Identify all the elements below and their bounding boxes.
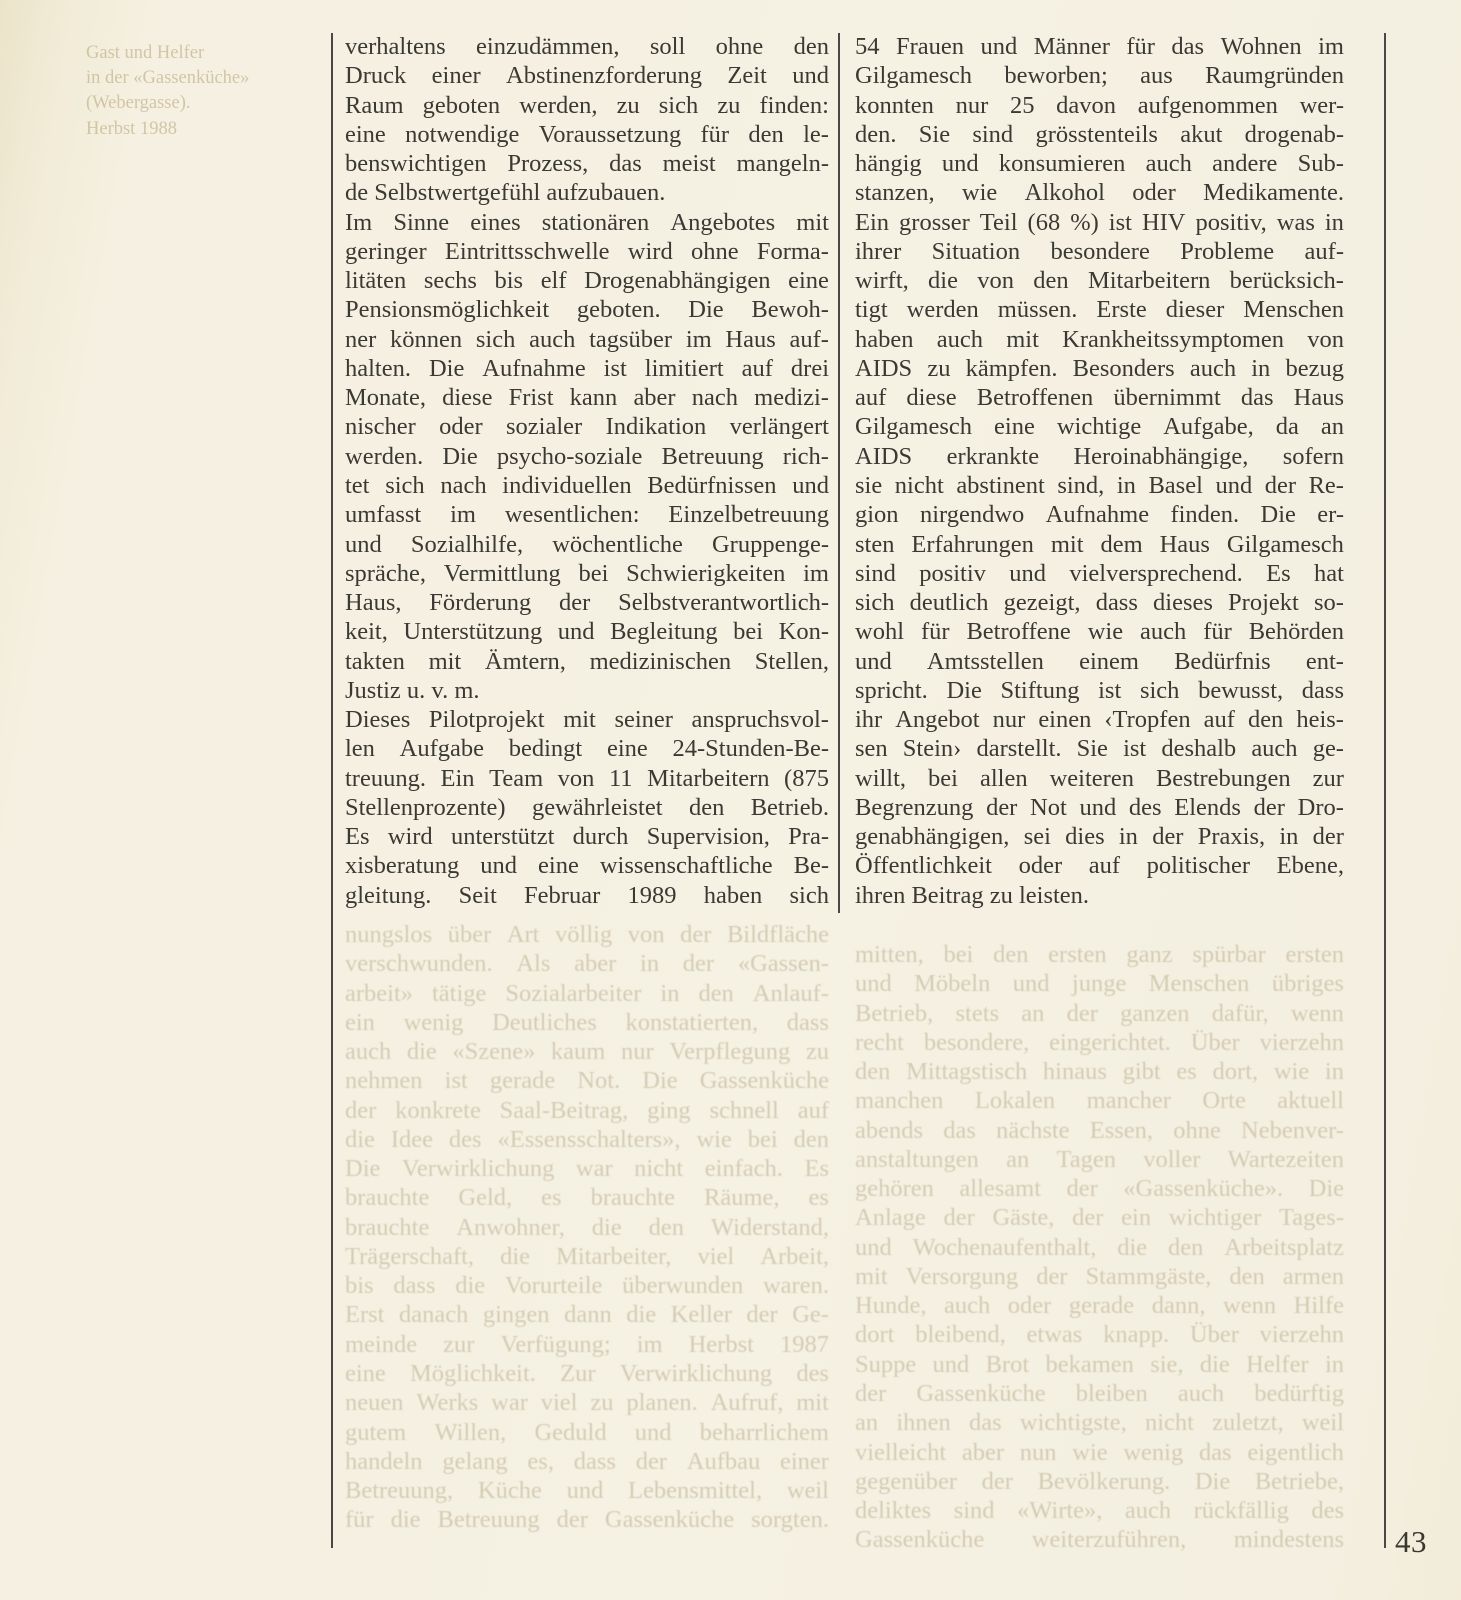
text-line: einenotwendigeVoraussetzungfürdenle- <box>345 120 829 149</box>
text-line: tigtwerdenmüssen.ErstedieserMenschen <box>855 295 1344 324</box>
text-line: bisdassdieVorurteileüberwundenwaren. <box>345 1271 829 1300</box>
margin-photo-caption-bleedthrough: Gast und Helferin der «Gassenküche»(Webe… <box>86 41 316 142</box>
text-line: habenauchmitKrankheitssymptomenvon <box>855 325 1344 354</box>
text-line: nehmenistgeradeNot.DieGassenküche <box>345 1066 829 1095</box>
text-line: spricht.DieStiftungistsichbewusst,dass <box>855 676 1344 705</box>
text-line: anihnendaswichtigste,nichtzuletzt,weil <box>855 1408 1344 1437</box>
text-line: umfasstimwesentlichen:Einzelbetreuung <box>345 500 829 529</box>
text-line: gionnirgendwoAufnahmefinden.Dieer- <box>855 500 1344 529</box>
text-line: (Webergasse). <box>86 91 316 116</box>
scanned-book-page: Gast und Helferin der «Gassenküche»(Webe… <box>0 0 1461 1600</box>
text-line: BegrenzungderNotunddesElendsderDro- <box>855 793 1344 822</box>
text-line: GilgamescheinewichtigeAufgabe,daan <box>855 412 1344 441</box>
text-line: manchenLokalenmancherOrteaktuell <box>855 1086 1344 1115</box>
text-line: Raumgebotenwerden,zusichzufinden: <box>345 91 829 120</box>
text-column-right: 54FrauenundMännerfürdasWohnenimGilgamesc… <box>855 32 1344 910</box>
column-frame-rule-left <box>331 33 333 1548</box>
text-line: in der «Gassenküche» <box>86 66 316 91</box>
text-line: xisberatungundeinewissenschaftlicheBe- <box>345 851 829 880</box>
text-line: vielleichtabernunwiewenigdaseigentlich <box>855 1438 1344 1467</box>
text-line: arbeit»tätigeSozialarbeiterindenAnlauf- <box>345 979 829 1008</box>
text-line: Betrieb,stetsanderganzendafür,wenn <box>855 999 1344 1028</box>
text-line: dortbleibend,etwasknapp.Übervierzehn <box>855 1320 1344 1349</box>
text-line: Hunde,auchodergeradedann,wennHilfe <box>855 1291 1344 1320</box>
text-line: undMöbelnundjungeMenschenübriges <box>855 969 1344 998</box>
text-line: SuppeundBrotbekamensie,dieHelferin <box>855 1350 1344 1379</box>
text-line: Gassenkücheweiterzuführen,mindestens <box>855 1525 1344 1554</box>
text-line: willt,beiallenweiterenBestrebungenzur <box>855 764 1344 793</box>
text-line: denMittagstischhinausgibtesdort,wiein <box>855 1057 1344 1086</box>
text-line: rechtbesondere,eingerichtet.Übervierzehn <box>855 1028 1344 1057</box>
text-line: tetsichnachindividuellenBedürfnissenund <box>345 471 829 500</box>
text-line: gegenüberderBevölkerung.DieBetriebe, <box>855 1467 1344 1496</box>
text-line: brauchteGeld,esbrauchteRäume,es <box>345 1183 829 1212</box>
text-line: spräche,VermittlungbeiSchwierigkeitenim <box>345 559 829 588</box>
text-line: auchdie«Szene»kaumnurVerpflegungzu <box>345 1037 829 1066</box>
text-line: eineMöglichkeit.ZurVerwirklichungdes <box>345 1359 829 1388</box>
text-line: litätensechsbiselfDrogenabhängigeneine <box>345 266 829 295</box>
text-line: deliktessind«Wirte»,auchrückfälligdes <box>855 1496 1344 1525</box>
text-line: neuenWerkswarvielzuplanen.Aufruf,mit <box>345 1388 829 1417</box>
text-line: Gilgameschbeworben;ausRaumgründen <box>855 61 1344 90</box>
text-line: lenAufgabebedingteine24-Stunden-Be- <box>345 734 829 763</box>
text-line: ÖffentlichkeitoderaufpolitischerEbene, <box>855 851 1344 880</box>
text-line: einwenigDeutlicheskonstatierten,dass <box>345 1008 829 1037</box>
text-line: EswirdunterstütztdurchSupervision,Pra- <box>345 822 829 851</box>
text-line: Gast und Helfer <box>86 41 316 66</box>
text-line: geringerEintrittsschwellewirdohneForma- <box>345 237 829 266</box>
text-line: verschwunden.Alsaberinder«Gassen- <box>345 949 829 978</box>
bleedthrough-text-right: mitten,beidenerstenganzspürbarerstenundM… <box>855 940 1344 1555</box>
text-line: EingrosserTeil(68%)istHIVpositiv,wasin <box>855 208 1344 237</box>
text-line: dieIdeedes«Essensschalters»,wiebeiden <box>345 1125 829 1154</box>
text-line: Trägerschaft,dieMitarbeiter,vielArbeit, <box>345 1242 829 1271</box>
text-line: gleitung.SeitFebruar1989habensich <box>345 881 829 910</box>
text-line: handelngelanges,dassderAufbaueiner <box>345 1447 829 1476</box>
text-line: de Selbstwertgefühl aufzubauen. <box>345 178 829 207</box>
text-line: ihrAngebotnureinen‹Tropfenaufdenheis- <box>855 705 1344 734</box>
text-line: gehörenallesamtder«Gassenküche».Die <box>855 1174 1344 1203</box>
text-line: stanzen,wieAlkoholoderMedikamente. <box>855 178 1344 207</box>
text-line: aufdieseBetroffenenübernimmtdasHaus <box>855 383 1344 412</box>
text-line: Stellenprozente)gewährleistetdenBetrieb. <box>345 793 829 822</box>
text-line: senStein›darstellt.Sieistdeshalbauchge- <box>855 734 1344 763</box>
text-line: ImSinneeinesstationärenAngebotesmit <box>345 208 829 237</box>
text-line: AnlagederGäste,dereinwichtigerTages- <box>855 1203 1344 1232</box>
text-line: undSozialhilfe,wöchentlicheGruppenge- <box>345 530 829 559</box>
text-line: wohlfürBetroffenewieauchfürBehörden <box>855 617 1344 646</box>
text-line: Pensionsmöglichkeitgeboten.DieBewoh- <box>345 295 829 324</box>
text-line: sienichtabstinentsind,inBaselundderRe- <box>855 471 1344 500</box>
text-line: undAmtsstelleneinemBedürfnisent- <box>855 647 1344 676</box>
text-line: fürdieBetreuungderGassenküchesorgten. <box>345 1505 829 1534</box>
text-line: halten.DieAufnahmeistlimitiertaufdrei <box>345 354 829 383</box>
text-line: Monate,dieseFristkannabernachmedizi- <box>345 383 829 412</box>
text-line: stenErfahrungenmitdemHausGilgamesch <box>855 530 1344 559</box>
text-line: ErstdanachgingendanndieKellerderGe- <box>345 1300 829 1329</box>
text-line: sichdeutlichgezeigt,dassdiesesProjektso- <box>855 588 1344 617</box>
text-line: verhaltenseinzudämmen,sollohneden <box>345 32 829 61</box>
text-line: taktenmitÄmtern,medizinischenStellen, <box>345 647 829 676</box>
text-line: Herbst 1988 <box>86 117 316 142</box>
text-line: brauchteAnwohner,diedenWiderstand, <box>345 1213 829 1242</box>
text-line: anstaltungenanTagenvollerWartezeiten <box>855 1145 1344 1174</box>
text-line: werden.Diepsycho-sozialeBetreuungrich- <box>345 442 829 471</box>
text-line: undWochenaufenthalt,diedenArbeitsplatz <box>855 1233 1344 1262</box>
text-line: hängigundkonsumierenauchandereSub- <box>855 149 1344 178</box>
text-line: DiesesPilotprojektmitseineranspruchsvol- <box>345 705 829 734</box>
text-line: keit,UnterstützungundBegleitungbeiKon- <box>345 617 829 646</box>
text-line: nischerodersozialerIndikationverlängert <box>345 412 829 441</box>
text-line: Betreuung,KücheundLebensmittel,weil <box>345 1476 829 1505</box>
text-line: konntennur25davonaufgenommenwer- <box>855 91 1344 120</box>
text-line: den.Siesindgrösstenteilsakutdrogenab- <box>855 120 1344 149</box>
page-number: 43 <box>1395 1524 1427 1560</box>
text-line: mitten,beidenerstenganzspürbarersten <box>855 940 1344 969</box>
text-line: 54FrauenundMännerfürdasWohnenim <box>855 32 1344 61</box>
bleedthrough-text-left: nungslosüberArtvölligvonderBildflächever… <box>345 920 829 1535</box>
text-line: derkonkreteSaal-Beitrag,gingschnellauf <box>345 1096 829 1125</box>
text-line: ihren Beitrag zu leisten. <box>855 881 1344 910</box>
text-line: abendsdasnächsteEssen,ohneNebenver- <box>855 1116 1344 1145</box>
column-frame-rule-right <box>1384 33 1386 1548</box>
text-line: Justiz u. v. m. <box>345 676 829 705</box>
text-line: DieVerwirklichungwarnichteinfach.Es <box>345 1154 829 1183</box>
text-line: Haus,FörderungderSelbstverantwortlich- <box>345 588 829 617</box>
text-line: wirft,dievondenMitarbeiternberücksich- <box>855 266 1344 295</box>
text-line: treuung.EinTeamvon11Mitarbeitern(875 <box>345 764 829 793</box>
text-line: genabhängigen,seidiesinderPraxis,inder <box>855 822 1344 851</box>
text-line: nerkönnensichauchtagsüberimHausauf- <box>345 325 829 354</box>
text-line: gutemWillen,Geduldundbeharrlichem <box>345 1418 829 1447</box>
text-line: mitVersorgungderStammgäste,denarmen <box>855 1262 1344 1291</box>
text-line: nungslosüberArtvölligvonderBildfläche <box>345 920 829 949</box>
text-line: meindezurVerfügung;imHerbst1987 <box>345 1330 829 1359</box>
text-line: ihrerSituationbesondereProblemeauf- <box>855 237 1344 266</box>
text-line: DruckeinerAbstinenzforderungZeitund <box>345 61 829 90</box>
text-line: derGassenküchebleibenauchbedürftig <box>855 1379 1344 1408</box>
text-line: sindpositivundvielversprechend.Eshat <box>855 559 1344 588</box>
text-line: AIDSzukämpfen.Besondersauchinbezug <box>855 354 1344 383</box>
text-line: AIDSerkrankteHeroinabhängige,sofern <box>855 442 1344 471</box>
text-column-left: verhaltenseinzudämmen,sollohnedenDruckei… <box>345 32 829 910</box>
text-line: benswichtigenProzess,dasmeistmangeln- <box>345 149 829 178</box>
column-divider-rule <box>838 33 840 913</box>
